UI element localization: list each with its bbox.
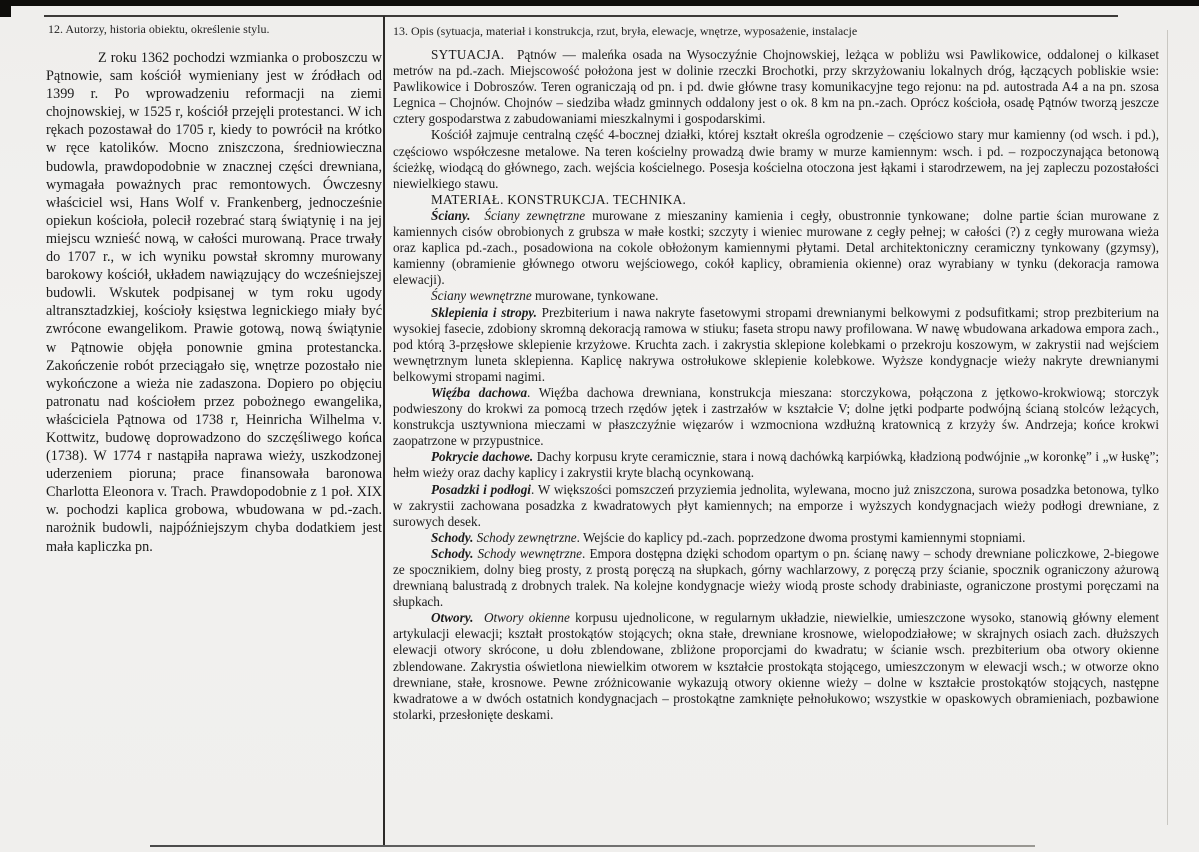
paragraph: Schody. Schody wewnętrzne. Empora dostęp… xyxy=(393,546,1159,610)
paragraph: MATERIAŁ. KONSTRUKCJA. TECHNIKA. xyxy=(393,192,1159,208)
paragraph: Posadzki i podłogi. W większości pomszcz… xyxy=(393,482,1159,530)
bottom-horizontal-rule xyxy=(150,845,1035,847)
text-run: Z roku 1362 pochodzi wzmianka o proboszc… xyxy=(46,50,382,555)
paragraph: Kościół zajmuje centralną część 4-boczne… xyxy=(393,127,1159,191)
text-run: Sklepienia i stropy. xyxy=(431,305,537,320)
text-run xyxy=(470,208,484,223)
text-run: Otwory okienne xyxy=(484,610,570,625)
section-12-authors-history: 12. Autorzy, historia obiektu, określeni… xyxy=(46,22,382,556)
scan-edge-artifact-corner xyxy=(0,0,11,17)
section-12-label: 12. Autorzy, historia obiektu, określeni… xyxy=(48,22,382,36)
paragraph: Więźba dachowa. Więźba dachowa drewniana… xyxy=(393,385,1159,449)
right-edge-line xyxy=(1167,30,1168,825)
text-run: MATERIAŁ. KONSTRUKCJA. TECHNIKA. xyxy=(431,192,686,207)
text-run: Ściany wewnętrzne xyxy=(431,288,532,303)
paragraph: Z roku 1362 pochodzi wzmianka o proboszc… xyxy=(46,49,382,556)
paragraph: SYTUACJA. Pątnów — maleńka osada na Wyso… xyxy=(393,47,1159,127)
text-run: Ściany. xyxy=(431,208,470,223)
text-run: korpusu ujednolicone, w regularnym układ… xyxy=(393,610,1159,722)
text-run: SYTUACJA. xyxy=(431,47,517,62)
text-run: Ściany zewnętrzne xyxy=(484,208,585,223)
section-13-label: 13. Opis (sytuacja, materiał i konstrukc… xyxy=(393,24,1159,38)
text-run: Więźba dachowa xyxy=(431,385,527,400)
text-run: Kościół zajmuje centralną część 4-boczne… xyxy=(393,127,1159,190)
paragraph: Schody. Schody zewnętrzne. Wejście do ka… xyxy=(393,530,1159,546)
text-run: Posadzki i podłogi xyxy=(431,482,531,497)
paragraph: Ściany. Ściany zewnętrzne murowane z mie… xyxy=(393,208,1159,288)
text-run: Schody zewnętrzne xyxy=(477,530,577,545)
paragraph: Pokrycie dachowe. Dachy korpusu kryte ce… xyxy=(393,449,1159,481)
text-run: Schody wewnętrzne xyxy=(478,546,583,561)
text-run: Schody. xyxy=(431,530,473,545)
scanned-document-page: 12. Autorzy, historia obiektu, określeni… xyxy=(0,0,1199,852)
column-divider-line xyxy=(383,16,385,846)
top-horizontal-rule xyxy=(44,15,1118,17)
description-text-container: SYTUACJA. Pątnów — maleńka osada na Wyso… xyxy=(393,47,1159,723)
text-run: . Wejście do kaplicy pd.-zach. poprzedzo… xyxy=(577,530,1026,545)
text-run: murowane, tynkowane. xyxy=(532,288,659,303)
text-run: Pokrycie dachowe. xyxy=(431,449,533,464)
paragraph: Sklepienia i stropy. Prezbiterium i nawa… xyxy=(393,305,1159,385)
scan-edge-artifact-top xyxy=(0,0,1199,6)
paragraph: Otwory. Otwory okienne korpusu ujednolic… xyxy=(393,610,1159,723)
text-run: Schody. xyxy=(431,546,473,561)
paragraph: Ściany wewnętrzne murowane, tynkowane. xyxy=(393,288,1159,304)
section-13-description: 13. Opis (sytuacja, materiał i konstrukc… xyxy=(393,24,1159,723)
history-text-container: Z roku 1362 pochodzi wzmianka o proboszc… xyxy=(46,49,382,556)
text-run xyxy=(473,610,484,625)
text-run: Otwory. xyxy=(431,610,473,625)
